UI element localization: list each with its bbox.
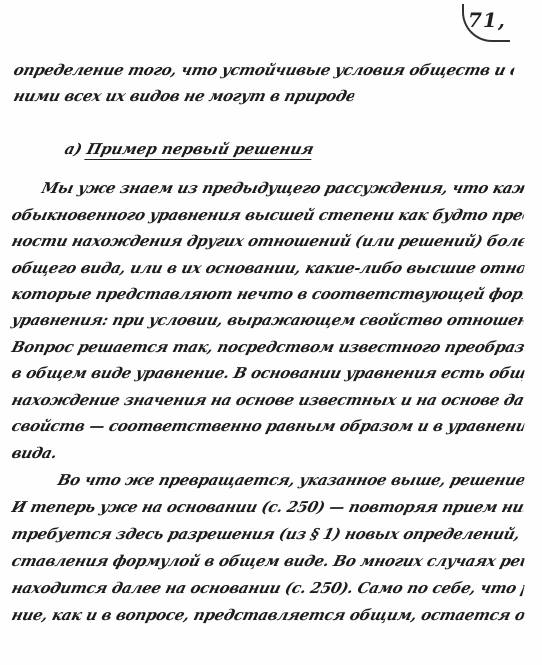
- paragraph-line: нахождение значения на основе известных …: [10, 390, 527, 410]
- continuation-line-1: определение того, что устойчивые условия…: [12, 60, 517, 80]
- paragraph-line: И теперь уже на основании (с. 250) — пов…: [10, 497, 527, 517]
- paragraph-line: которые представляют нечто в соответству…: [10, 284, 527, 304]
- paragraph-line: находится далее на основании (с. 250). С…: [10, 578, 527, 598]
- folio-number: 71,: [468, 8, 518, 38]
- section-marker: а): [63, 140, 84, 158]
- paragraph-line: уравнения: при условии, выражающем свойс…: [10, 310, 527, 330]
- paragraph-line: ставления формулой в общем виде. Во мног…: [10, 551, 527, 571]
- paragraph-line: ние, как и в вопросе, представляется общ…: [10, 605, 527, 625]
- paragraph-line: свойств — соответственно равным образом …: [10, 416, 527, 436]
- paragraph-line: вида.: [10, 443, 75, 463]
- paragraph-line: общего вида, или в их основании, какие-л…: [10, 258, 527, 278]
- paragraph-line: ности нахождения других отношений (или р…: [10, 231, 527, 251]
- paragraph-line: обыкновенного уравнения высшей степени к…: [10, 205, 527, 225]
- paragraph-line: Вопрос решается так, посредством известн…: [10, 337, 527, 357]
- section-heading: а) Пример первый решения: [63, 140, 316, 158]
- paragraph-line: в общем виде уравнение. В основании урав…: [10, 363, 527, 383]
- continuation-line-2: ними всех их видов не могут в природе.: [12, 86, 357, 106]
- section-title: Пример первый решения: [84, 140, 315, 160]
- paragraph-line: Мы уже знаем из предыдущего рассуждения,…: [40, 178, 527, 198]
- paragraph-line: Во что же превращается, указанное выше, …: [56, 470, 527, 490]
- manuscript-page: 71, определение того, что устойчивые усл…: [0, 0, 542, 665]
- paragraph-line: требуется здесь разрешения (из § 1) новы…: [10, 524, 527, 544]
